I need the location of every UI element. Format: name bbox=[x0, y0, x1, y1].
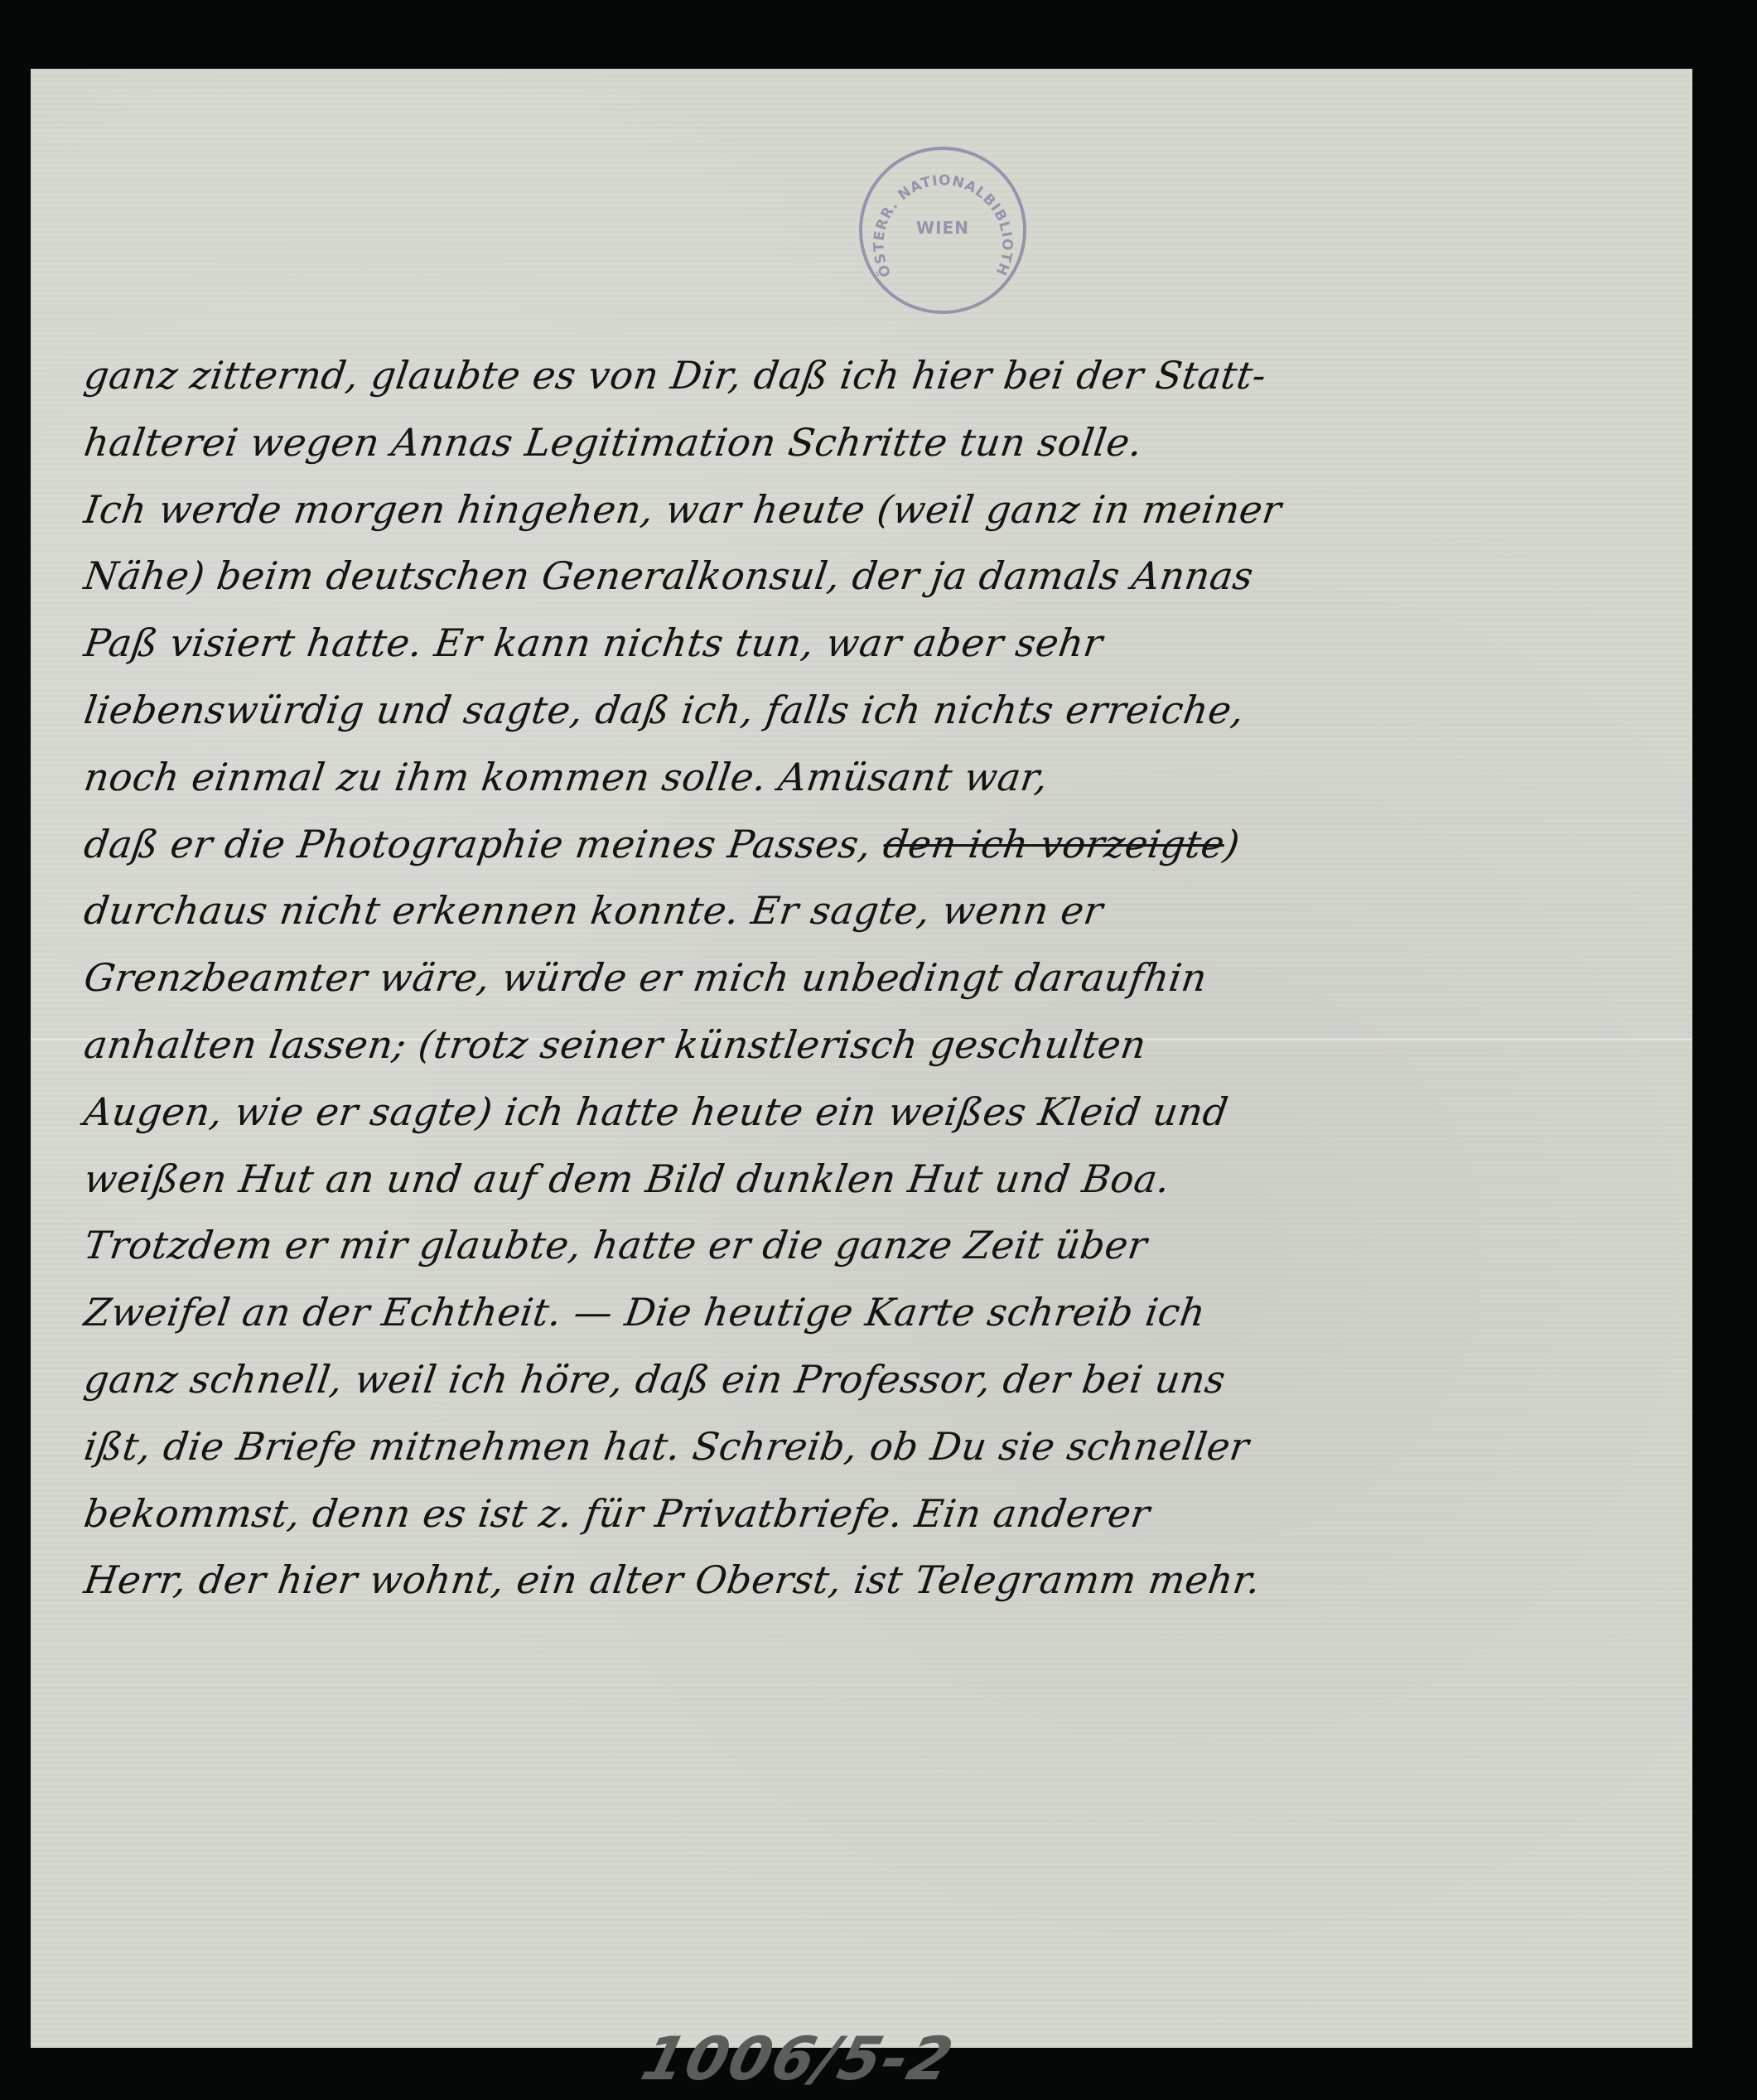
letter-sheet: ÖSTERR. NATIONALBIBLIOTHEK WIEN ganz zit… bbox=[31, 69, 1692, 2048]
text-line: ißt, die Briefe mitnehmen hat. Schreib, … bbox=[80, 1413, 1712, 1480]
struck-through-text: den ich vorzeigte bbox=[881, 822, 1228, 867]
text-line: Zweifel an der Echtheit. — Die heutige K… bbox=[80, 1279, 1712, 1346]
text-line: ganz schnell, weil ich höre, daß ein Pro… bbox=[80, 1346, 1712, 1413]
text-line: liebenswürdig und sagte, daß ich, falls … bbox=[80, 677, 1712, 744]
letter-body: ganz zitternd, glaubte es von Dir, daß i… bbox=[84, 342, 1708, 1614]
text-line: daß er die Photographie meines Passes, d… bbox=[80, 811, 1712, 878]
text-line: durchaus nicht erkennen konnte. Er sagte… bbox=[80, 877, 1712, 944]
stamp-center-text: WIEN bbox=[862, 218, 1023, 238]
text-line: Nähe) beim deutschen Generalkonsul, der … bbox=[80, 543, 1712, 610]
svg-text:ÖSTERR. NATIONALBIBLIOTHEK: ÖSTERR. NATIONALBIBLIOTHEK bbox=[862, 150, 1016, 280]
library-stamp: ÖSTERR. NATIONALBIBLIOTHEK WIEN bbox=[859, 147, 1026, 314]
text-line: halterei wegen Annas Legitimation Schrit… bbox=[80, 409, 1712, 476]
text-line: Grenzbeamter wäre, würde er mich unbedin… bbox=[80, 944, 1712, 1011]
text-line: Paß visiert hatte. Er kann nichts tun, w… bbox=[80, 610, 1712, 677]
shelfmark-number: 1006/5-2 bbox=[635, 2024, 962, 2093]
text-line: bekommst, denn es ist z. für Privatbrief… bbox=[80, 1480, 1712, 1547]
text-line: Augen, wie er sagte) ich hatte heute ein… bbox=[80, 1079, 1712, 1146]
text-line: Ich werde morgen hingehen, war heute (we… bbox=[80, 476, 1712, 543]
text-line: noch einmal zu ihm kommen solle. Amüsant… bbox=[80, 744, 1712, 811]
text-line: Trotzdem er mir glaubte, hatte er die ga… bbox=[80, 1212, 1712, 1279]
text-line: weißen Hut an und auf dem Bild dunklen H… bbox=[80, 1146, 1712, 1213]
text-line: Herr, der hier wohnt, ein alter Oberst, … bbox=[80, 1547, 1712, 1614]
text-line: anhalten lassen; (trotz seiner künstleri… bbox=[80, 1011, 1712, 1079]
text-line: ganz zitternd, glaubte es von Dir, daß i… bbox=[80, 342, 1712, 409]
